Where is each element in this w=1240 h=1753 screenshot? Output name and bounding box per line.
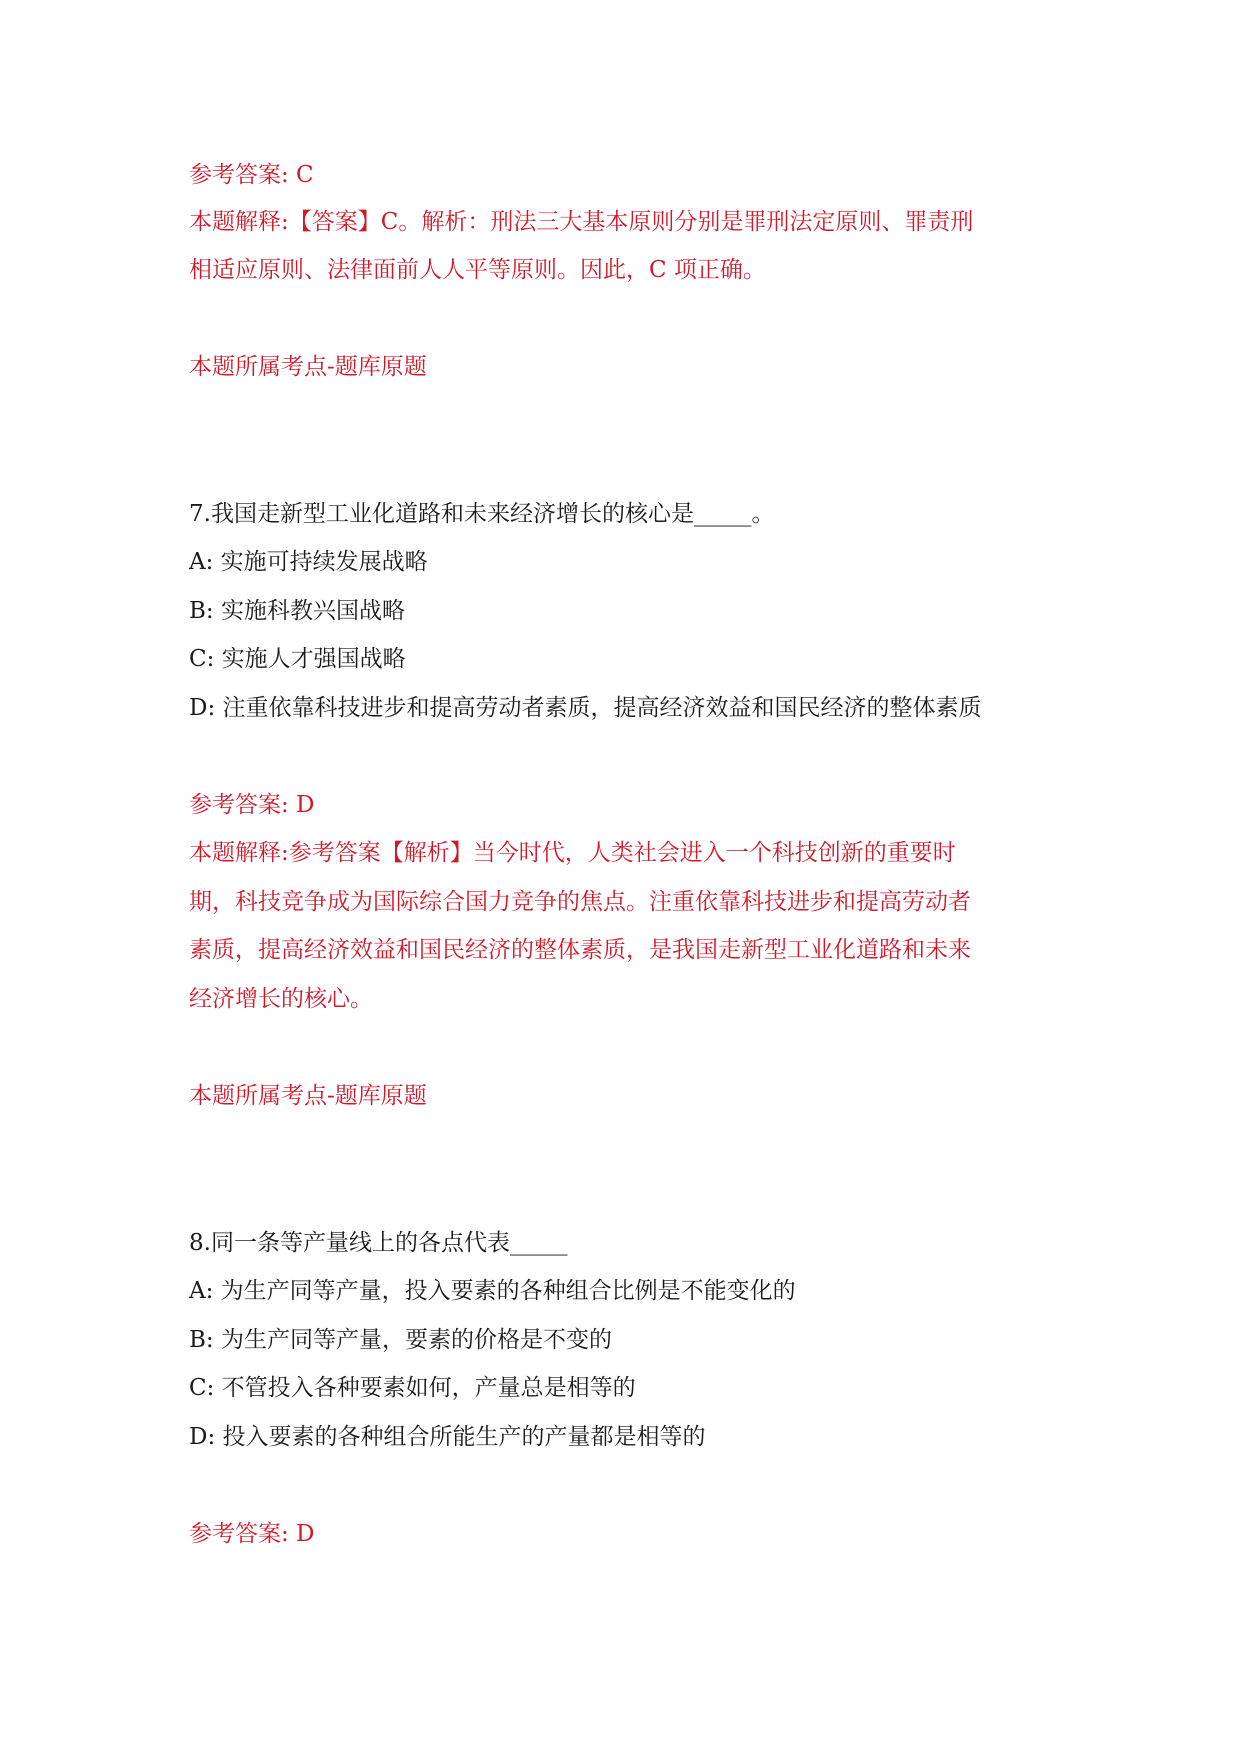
q8-answer: 参考答案: D [189, 1519, 315, 1549]
q7-option-b: B: 实施科教兴国战略 [189, 596, 405, 626]
q8-option-b: B: 为生产同等产量，要素的价格是不变的 [189, 1325, 612, 1355]
q7-answer: 参考答案: D [189, 790, 315, 820]
q7-explanation-line-2: 期，科技竞争成为国际综合国力竞争的焦点。注重依靠科技进步和提高劳动者 [189, 887, 971, 917]
q7-explanation-line-4: 经济增长的核心。 [189, 984, 373, 1014]
q7-explanation-line-1: 本题解释:参考答案【解析】当今时代，人类社会进入一个科技创新的重要时 [189, 838, 956, 868]
q7-option-d: D: 注重依靠科技进步和提高劳动者素质，提高经济效益和国民经济的整体素质 [189, 693, 982, 723]
q7-option-c: C: 实施人才强国战略 [189, 644, 406, 674]
q6-explanation-line-1: 本题解释:【答案】C。解析：刑法三大基本原则分别是罪刑法定原则、罪责刑 [189, 207, 973, 237]
q7-question: 7.我国走新型工业化道路和未来经济增长的核心是_____。 [189, 499, 774, 529]
q7-topic: 本题所属考点-题库原题 [189, 1081, 427, 1111]
q6-answer: 参考答案: C [189, 160, 314, 190]
q7-explanation-line-3: 素质，提高经济效益和国民经济的整体素质，是我国走新型工业化道路和未来 [189, 935, 971, 965]
q6-explanation-line-2: 相适应原则、法律面前人人平等原则。因此，C 项正确。 [189, 255, 766, 285]
q8-option-d: D: 投入要素的各种组合所能生产的产量都是相等的 [189, 1422, 706, 1452]
q6-topic: 本题所属考点-题库原题 [189, 352, 427, 382]
q7-option-a: A: 实施可持续发展战略 [189, 547, 428, 577]
q8-option-c: C: 不管投入各种要素如何，产量总是相等的 [189, 1373, 636, 1403]
q8-question: 8.同一条等产量线上的各点代表_____ [189, 1228, 567, 1258]
q8-option-a: A: 为生产同等产量，投入要素的各种组合比例是不能变化的 [189, 1276, 796, 1306]
